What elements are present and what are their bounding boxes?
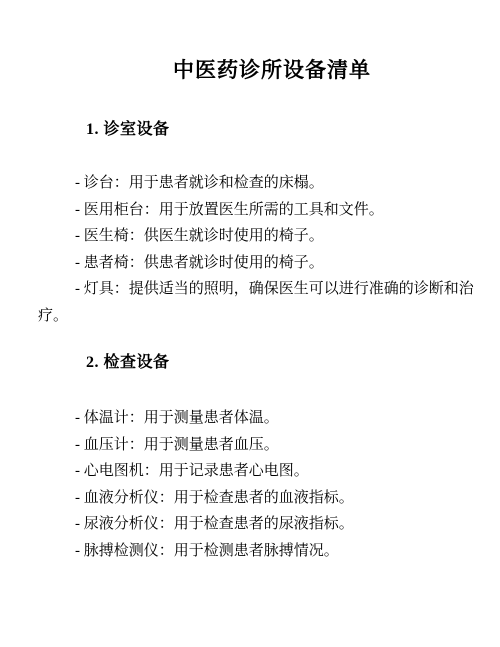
- list-item: - 血压计：用于测量患者血压。: [38, 432, 476, 459]
- list-item: - 患者椅：供患者就诊时使用的椅子。: [38, 250, 476, 277]
- list-item: - 心电图机：用于记录患者心电图。: [38, 458, 476, 485]
- section-list-examination: - 体温计：用于测量患者体温。 - 血压计：用于测量患者血压。 - 心电图机：用…: [38, 405, 476, 564]
- list-item: - 尿液分析仪：用于检查患者的尿液指标。: [38, 511, 476, 538]
- section-heading-consult-room: 1. 诊室设备: [38, 120, 476, 139]
- list-item: - 医用柜台：用于放置医生所需的工具和文件。: [38, 197, 476, 224]
- document-title: 中医药诊所设备清单: [0, 0, 500, 83]
- list-item: - 血液分析仪：用于检查患者的血液指标。: [38, 485, 476, 512]
- section-heading-examination: 2. 检查设备: [38, 353, 476, 372]
- list-item: - 灯具：提供适当的照明，确保医生可以进行准确的诊断和治疗。: [38, 276, 476, 329]
- list-item: - 脉搏检测仪：用于检测患者脉搏情况。: [38, 538, 476, 565]
- document-page: 中医药诊所设备清单 1. 诊室设备 - 诊台：用于患者就诊和检查的床榻。 - 医…: [0, 0, 500, 647]
- list-item: - 体温计：用于测量患者体温。: [38, 405, 476, 432]
- document-body: 1. 诊室设备 - 诊台：用于患者就诊和检查的床榻。 - 医用柜台：用于放置医生…: [0, 120, 500, 564]
- list-item: - 医生椅：供医生就诊时使用的椅子。: [38, 223, 476, 250]
- section-list-consult-room: - 诊台：用于患者就诊和检查的床榻。 - 医用柜台：用于放置医生所需的工具和文件…: [38, 170, 476, 329]
- list-item: - 诊台：用于患者就诊和检查的床榻。: [38, 170, 476, 197]
